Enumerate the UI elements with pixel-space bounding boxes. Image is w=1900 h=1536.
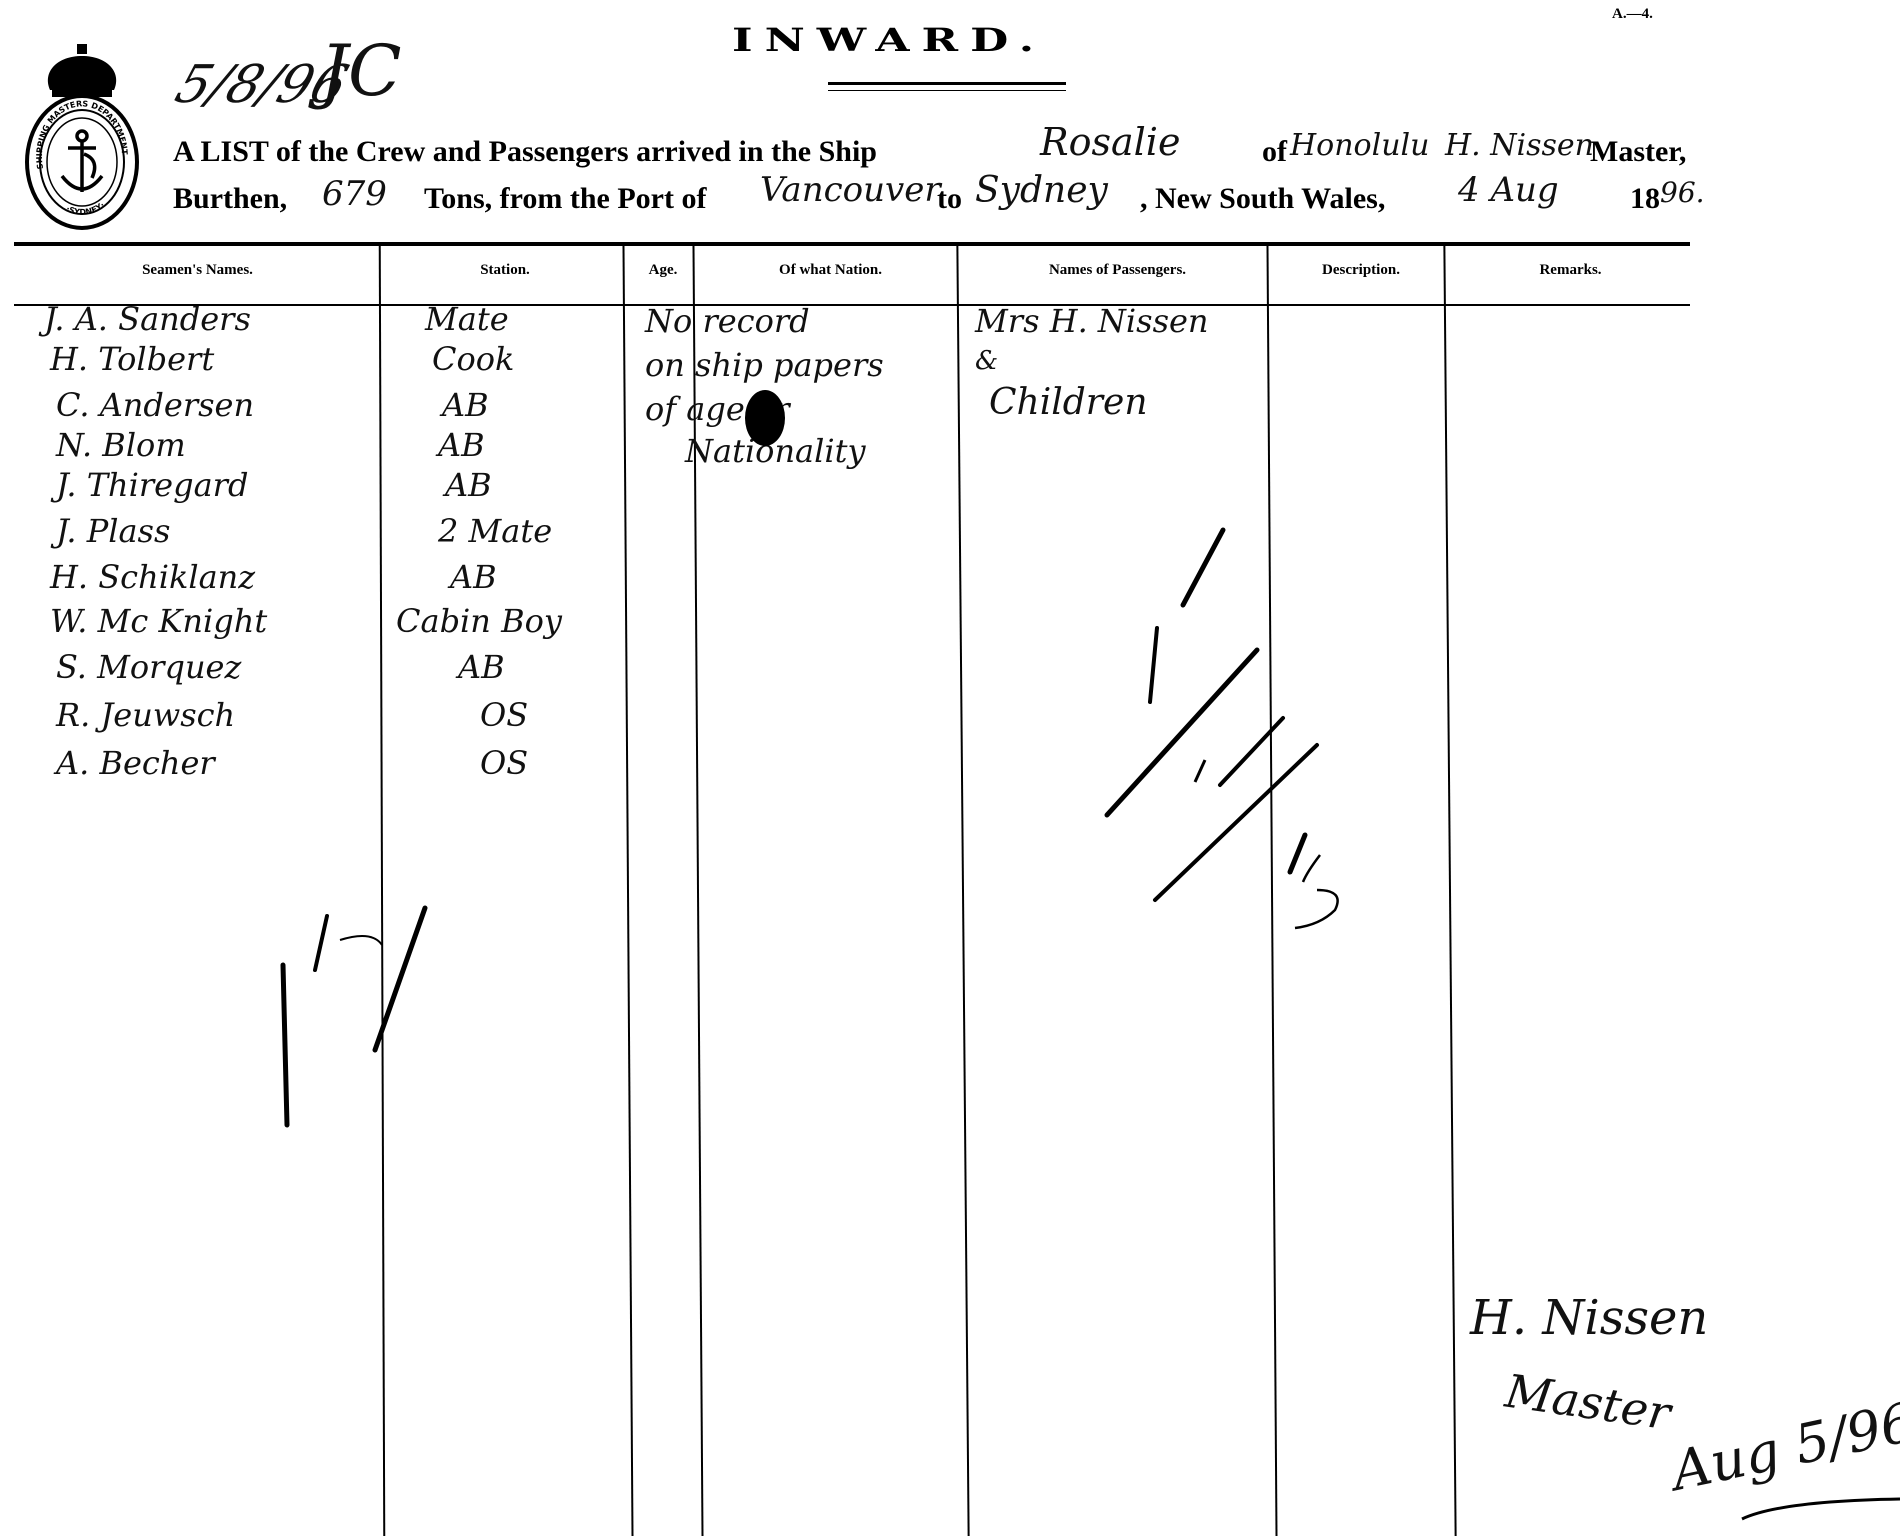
column-header-passengers: Names of Passengers. xyxy=(964,262,1271,279)
seaman-name: N. Blom xyxy=(56,426,186,464)
table-top-rule xyxy=(14,242,1690,246)
seaman-station: 2 Mate xyxy=(438,512,552,550)
column-header-station: Station. xyxy=(383,262,627,279)
tons-field: 679 xyxy=(322,174,387,214)
seaman-station: AB xyxy=(438,426,485,464)
seaman-name: J. Thiregard xyxy=(56,466,248,504)
title-underline xyxy=(828,82,1066,91)
column-header-remarks: Remarks. xyxy=(1451,262,1690,279)
nation-note-line: on ship papers xyxy=(645,346,884,384)
column-header-nation: Of what Nation. xyxy=(699,262,962,279)
year-prefix: 18 xyxy=(1630,182,1660,216)
list-intro-text: A LIST of the Crew and Passengers arrive… xyxy=(173,135,877,169)
passenger-name: Children xyxy=(989,382,1148,423)
ship-name-field: Rosalie xyxy=(1040,120,1180,164)
passenger-name: Mrs H. Nissen xyxy=(975,302,1209,340)
arrival-date-field: 4 Aug xyxy=(1458,170,1559,210)
seaman-station: OS xyxy=(480,696,528,734)
seaman-name: R. Jeuwsch xyxy=(56,696,235,734)
seaman-station: AB xyxy=(450,558,497,596)
column-divider xyxy=(1443,246,1456,1536)
to-label: to xyxy=(937,182,962,216)
passenger-tally-marks xyxy=(1095,510,1365,930)
seaman-name: J. A. Sanders xyxy=(44,300,251,338)
column-header-age: Age. xyxy=(629,262,697,279)
from-port-field: Vancouver xyxy=(760,170,941,210)
home-port-field: Honolulu xyxy=(1290,128,1429,163)
document-title: INWARD. xyxy=(732,22,1046,59)
seaman-name: H. Tolbert xyxy=(50,340,214,378)
column-divider xyxy=(379,246,386,1536)
seaman-name: J. Plass xyxy=(56,512,170,550)
inward-passenger-list-document: { "document": { "form_id": "A.—4.", "tit… xyxy=(0,0,1900,1536)
seaman-name: H. Schiklanz xyxy=(50,558,255,596)
signature-flourish xyxy=(1740,1495,1900,1523)
nation-note-line: No record xyxy=(645,302,810,340)
seaman-station: Cabin Boy xyxy=(396,602,562,640)
column-divider xyxy=(956,246,969,1536)
column-header-description: Description. xyxy=(1273,262,1449,279)
signature-date: Aug 5/96 xyxy=(1666,1390,1900,1503)
reference-initials: JC xyxy=(320,30,402,112)
form-identifier: A.—4. xyxy=(1612,6,1653,23)
crew-tally-marks xyxy=(280,900,530,1160)
ink-blot xyxy=(745,390,785,446)
seaman-name: C. Andersen xyxy=(56,386,254,424)
master-name-field: H. Nissen xyxy=(1445,128,1594,163)
to-port-field: Sydney xyxy=(975,170,1108,211)
master-label: Master, xyxy=(1590,135,1686,169)
tons-from-port-label: Tons, from the Port of xyxy=(424,182,706,216)
shipping-masters-department-seal-icon: SHIPPING MASTERS DEPARTMENT ·SYDNEY· xyxy=(22,42,144,232)
master-signature: H. Nissen xyxy=(1470,1290,1708,1346)
seaman-station: Mate xyxy=(425,300,509,338)
seaman-station: Cook xyxy=(432,340,514,378)
year-suffix-field: 96. xyxy=(1660,176,1705,209)
burthen-label: Burthen, xyxy=(173,182,287,216)
seaman-station: AB xyxy=(442,386,489,424)
seaman-name: W. Mc Knight xyxy=(50,602,267,640)
seaman-name: A. Becher xyxy=(56,744,215,782)
seaman-station: AB xyxy=(458,648,505,686)
table-header-bottom-rule xyxy=(14,304,1690,306)
of-label: of xyxy=(1262,135,1287,169)
master-title: Master xyxy=(1502,1364,1674,1441)
seaman-station: OS xyxy=(480,744,528,782)
svg-text:·SYDNEY·: ·SYDNEY· xyxy=(65,200,107,216)
passenger-conjunction: & xyxy=(975,346,998,376)
seaman-name: S. Morquez xyxy=(56,648,241,686)
seaman-station: AB xyxy=(445,466,492,504)
column-divider xyxy=(622,246,633,1536)
state-label: , New South Wales, xyxy=(1140,182,1385,216)
column-header-seamen-names: Seamen's Names. xyxy=(14,262,381,279)
